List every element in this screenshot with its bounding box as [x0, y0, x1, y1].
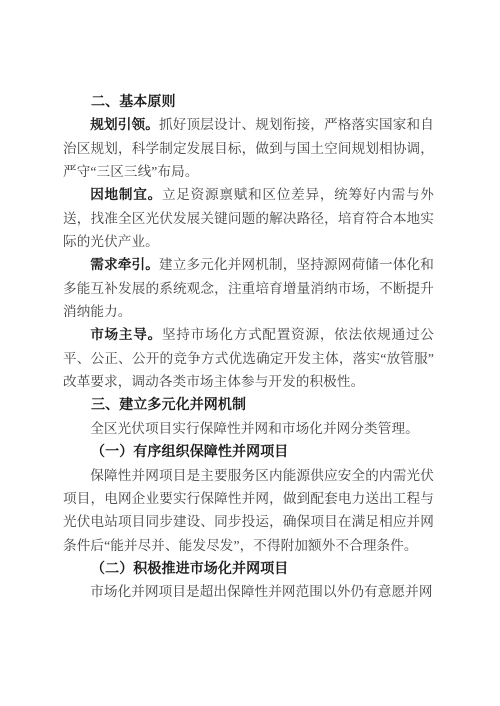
- paragraph-lead-bold: 市场主导。: [90, 327, 162, 342]
- section-heading-basic-principles: 二、基本原则: [63, 90, 434, 113]
- paragraph-planning-guidance: 规划引领。抓好顶层设计、规划衔接，严格落实国家和自治区规划，科学制定发展目标，做…: [63, 113, 434, 183]
- section-heading-grid-mechanism: 三、建立多元化并网机制: [63, 393, 434, 416]
- paragraph-local-conditions: 因地制宜。立足资源禀赋和区位差异，统筹好内需与外送，找准全区光伏发展关键问题的解…: [63, 183, 434, 253]
- paragraph-market-led: 市场主导。坚持市场化方式配置资源，依法依规通过公平、公正、公开的竞争方式优选确定…: [63, 323, 434, 393]
- subsection-heading-guaranteed-grid-projects: （一）有序组织保障性并网项目: [63, 440, 434, 463]
- subsection-heading-market-grid-projects: （二）积极推进市场化并网项目: [63, 557, 434, 580]
- paragraph-classification-management: 全区光伏项目实行保障性并网和市场化并网分类管理。: [63, 417, 434, 440]
- scanned-document-page: 二、基本原则 规划引领。抓好顶层设计、规划衔接，严格落实国家和自治区规划，科学制…: [0, 0, 500, 706]
- paragraph-lead-bold: 规划引领。: [90, 117, 159, 132]
- paragraph-guaranteed-grid-detail: 保障性并网项目是主要服务区内能源供应安全的内需光伏项目，电网企业要实行保障性并网…: [63, 464, 434, 557]
- document-body: 二、基本原则 规划引领。抓好顶层设计、规划衔接，严格落实国家和自治区规划，科学制…: [63, 90, 434, 604]
- paragraph-demand-driven: 需求牵引。建立多元化并网机制，坚持源网荷储一体化和多能互补发展的系统观念，注重培…: [63, 253, 434, 323]
- paragraph-lead-bold: 需求牵引。: [90, 257, 159, 272]
- paragraph-lead-bold: 因地制宜。: [90, 187, 162, 202]
- paragraph-market-grid-detail: 市场化并网项目是超出保障性并网范围以外仍有意愿并网: [63, 580, 434, 603]
